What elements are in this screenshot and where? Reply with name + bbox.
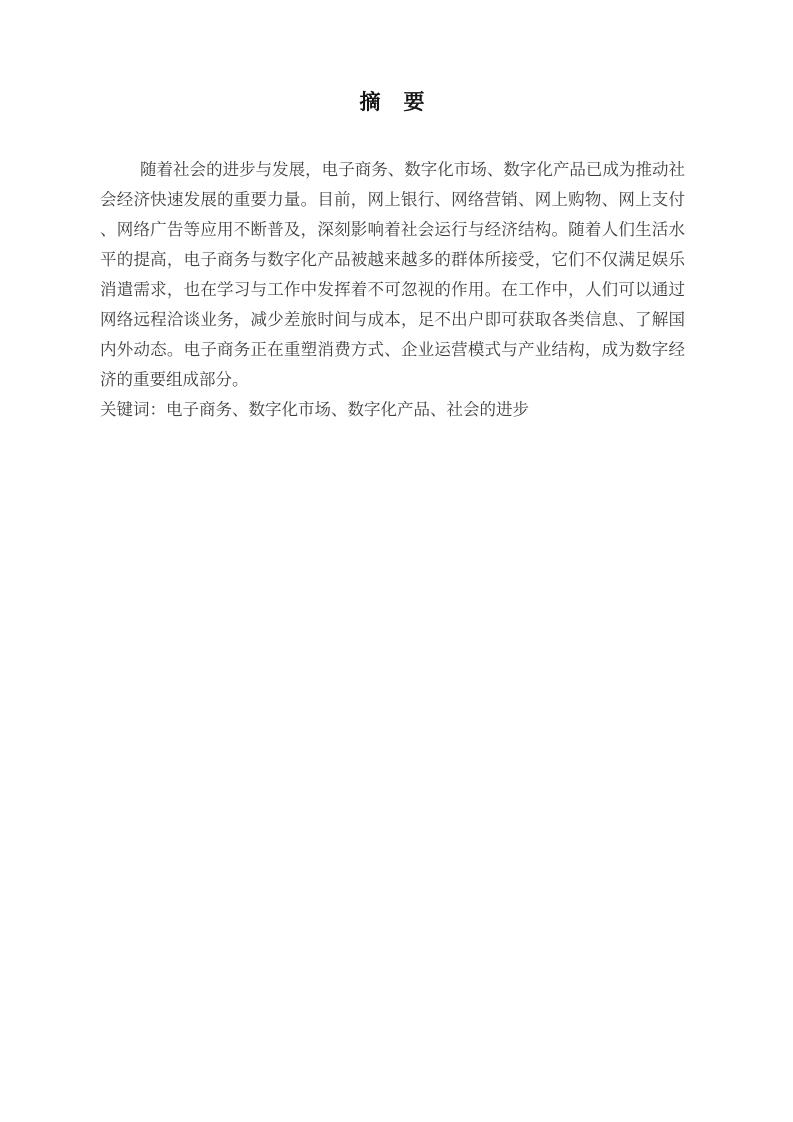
keywords-line: 关键词：电子商务、数字化市场、数字化产品、社会的进步	[100, 395, 685, 425]
abstract-paragraph: 随着社会的进步与发展，电子商务、数字化市场、数字化产品已成为推动社会经济快速发展…	[100, 155, 685, 395]
page-title: 摘 要	[100, 86, 685, 119]
paragraph-line: 随着社会的进步与发展，电子商务、数字化市场、数字化产品已成为推动社	[100, 155, 685, 185]
paragraph-line: 网络远程洽谈业务，减少差旅时间与成本，足不出户即可获取各类信息、了解国	[100, 305, 685, 335]
document-page: 摘 要 随着社会的进步与发展，电子商务、数字化市场、数字化产品已成为推动社会经济…	[0, 0, 793, 1122]
paragraph-line: 济的重要组成部分。	[100, 365, 685, 395]
paragraph-line: 会经济快速发展的重要力量。目前，网上银行、网络营销、网上购物、网上支付	[100, 185, 685, 215]
paragraph-line: 、网络广告等应用不断普及，深刻影响着社会运行与经济结构。随着人们生活水	[100, 215, 685, 245]
paragraph-line: 内外动态。电子商务正在重塑消费方式、企业运营模式与产业结构，成为数字经	[100, 335, 685, 365]
paragraph-line: 消遣需求，也在学习与工作中发挥着不可忽视的作用。在工作中，人们可以通过	[100, 275, 685, 305]
paragraph-line: 平的提高，电子商务与数字化产品被越来越多的群体所接受，它们不仅满足娱乐	[100, 245, 685, 275]
